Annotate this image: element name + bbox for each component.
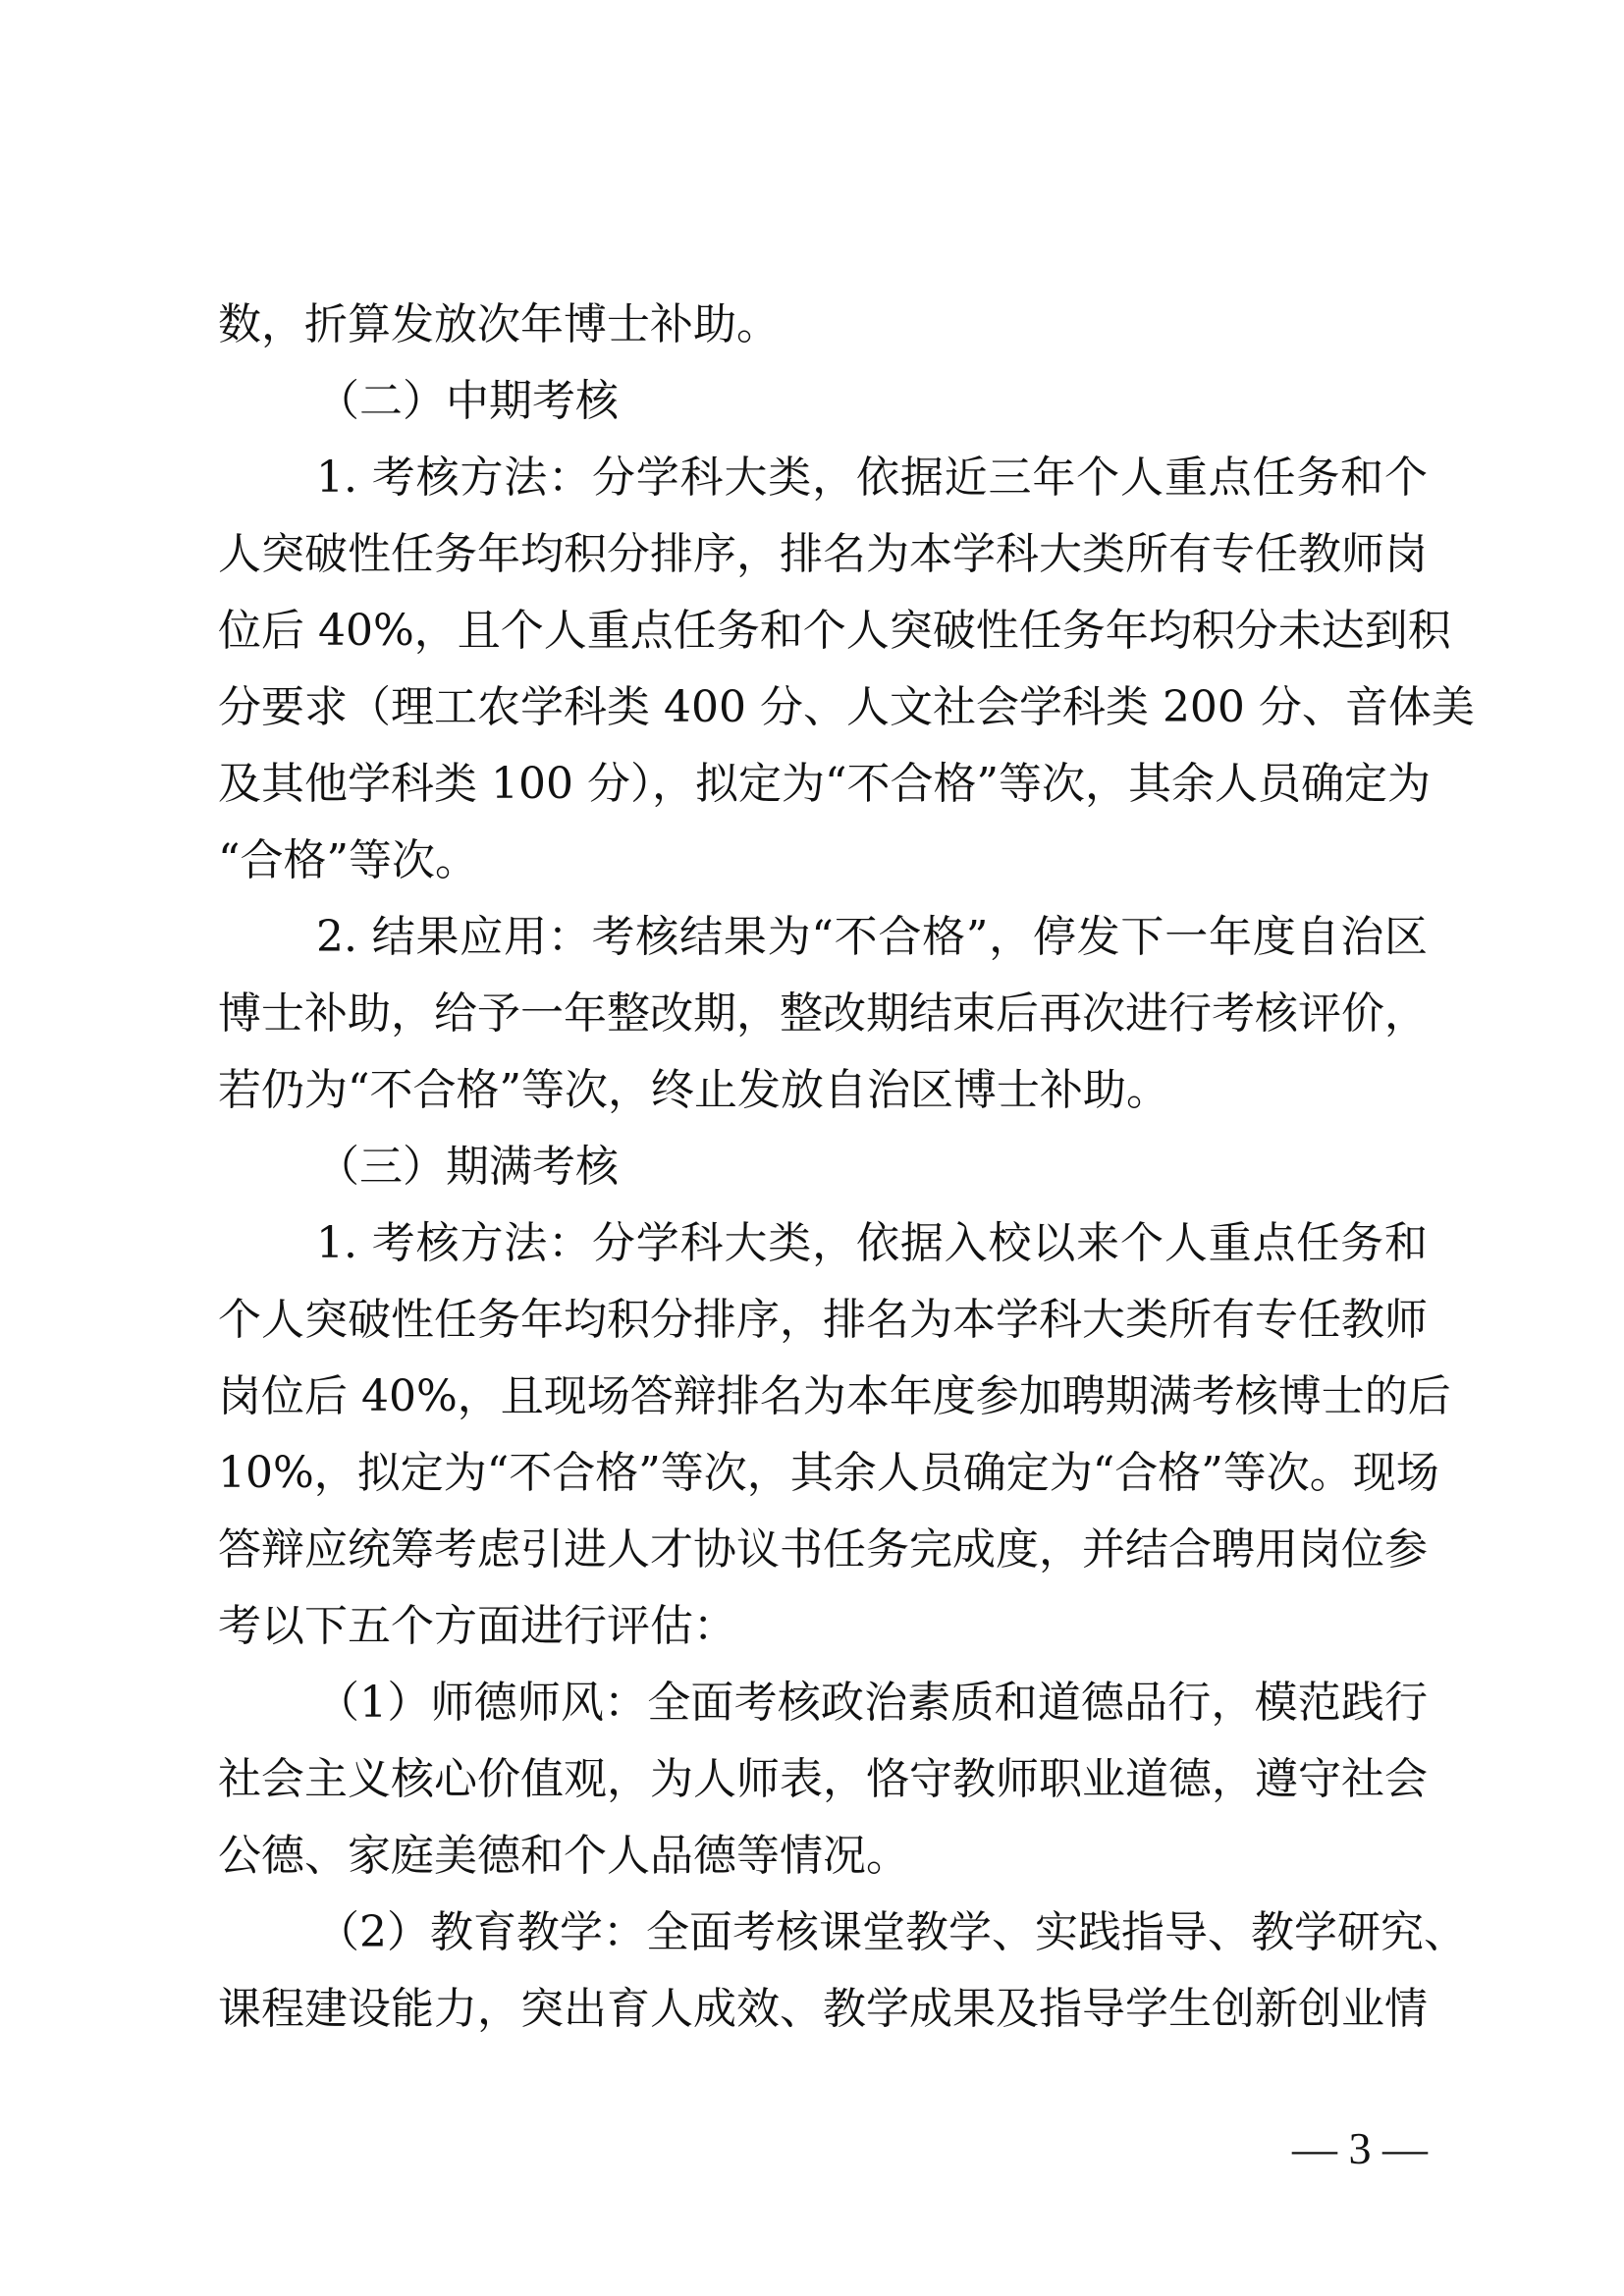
text-line: 岗位后 40%，且现场答辩排名为本年度参加聘期满考核博士的后 [218,1359,1428,1435]
text-line: 1. 考核方法：分学科大类，依据入校以来个人重点任务和 [218,1205,1428,1282]
document-page: 数，折算发放次年博士补助。 （二）中期考核 1. 考核方法：分学科大类，依据近三… [0,0,1624,2296]
text-line: 1. 考核方法：分学科大类，依据近三年个人重点任务和个 [218,440,1428,516]
text-line: 若仍为“不合格”等次，终止发放自治区博士补助。 [218,1052,1428,1129]
section-heading-final-review: （三）期满考核 [218,1129,1428,1205]
text-line: （1）师德师风：全面考核政治素质和道德品行，模范践行 [218,1665,1428,1741]
text-line: 公德、家庭美德和个人品德等情况。 [218,1818,1428,1895]
text-line: 10%，拟定为“不合格”等次，其余人员确定为“合格”等次。现场 [218,1435,1428,1512]
text-line: 答辩应统筹考虑引进人才协议书任务完成度，并结合聘用岗位参 [218,1512,1428,1588]
text-line: 人突破性任务年均积分排序，排名为本学科大类所有专任教师岗 [218,516,1428,593]
text-line: 考以下五个方面进行评估： [218,1588,1428,1665]
text-line: 分要求（理工农学科类 400 分、人文社会学科类 200 分、音体美 [218,669,1428,746]
text-line: 位后 40%，且个人重点任务和个人突破性任务年均积分未达到积 [218,593,1428,669]
text-line: 2. 结果应用：考核结果为“不合格”，停发下一年度自治区 [218,899,1428,976]
text-line: 社会主义核心价值观，为人师表，恪守教师职业道德，遵守社会 [218,1741,1428,1818]
text-line: 个人突破性任务年均积分排序，排名为本学科大类所有专任教师 [218,1282,1428,1359]
text-line: 课程建设能力，突出育人成效、教学成果及指导学生创新创业情 [218,1971,1428,2048]
text-line: 博士补助，给予一年整改期，整改期结束后再次进行考核评价， [218,976,1428,1052]
text-line: 及其他学科类 100 分），拟定为“不合格”等次，其余人员确定为 [218,746,1428,823]
text-line: （2）教育教学：全面考核课堂教学、实践指导、教学研究、 [218,1895,1428,1971]
page-number: — 3 — [1292,2122,1428,2174]
text-line: “合格”等次。 [218,823,1428,899]
document-body: 数，折算发放次年博士补助。 （二）中期考核 1. 考核方法：分学科大类，依据近三… [218,287,1428,2048]
text-line: 数，折算发放次年博士补助。 [218,287,1428,363]
section-heading-midterm-review: （二）中期考核 [218,363,1428,440]
